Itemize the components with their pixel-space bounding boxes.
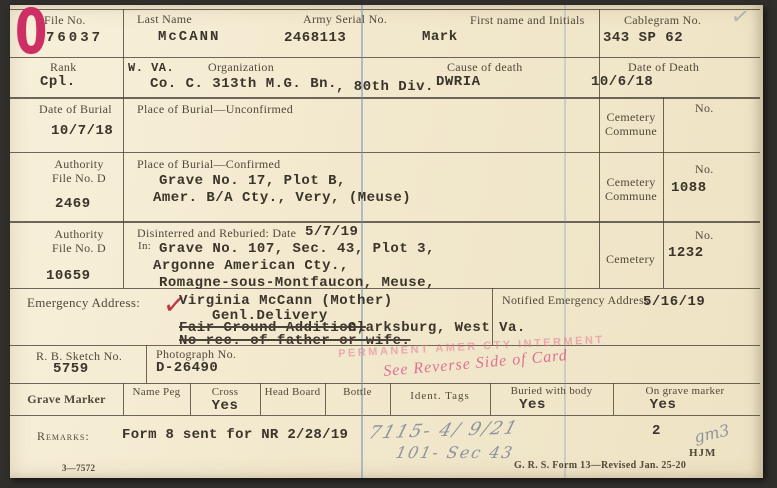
place-confirmed-line1: Grave No. 17, Plot B,	[159, 173, 346, 189]
red-zero-stamp: 0	[15, 2, 47, 62]
disinterred-date: 5/7/19	[305, 224, 358, 240]
grid-vline-left-col	[123, 9, 124, 288]
no-label-r3: No.	[695, 101, 714, 116]
organization-value: Co. C. 313th M.G. Bn.	[150, 76, 337, 92]
count-value: 2	[652, 423, 661, 439]
print-code: 3—7572	[62, 463, 95, 473]
grave-marker-label: Grave Marker	[10, 392, 123, 407]
cause-of-death-value: DWRIA	[436, 74, 481, 90]
place-unconfirmed-label: Place of Burial—Unconfirmed	[137, 102, 293, 117]
cemetery-commune-label-r4: Cemetery Commune	[601, 175, 661, 203]
authority-file-label-r4: Authority File No. D	[38, 157, 120, 185]
place-confirmed-label: Place of Burial—Confirmed	[137, 157, 280, 172]
photograph-value: D-26490	[156, 360, 218, 376]
clerk-initials: HJM	[689, 447, 716, 459]
cablegram-value: 343 SP 62	[603, 30, 683, 46]
organization-label: Organization	[208, 60, 274, 75]
state-value: W. VA.	[128, 61, 174, 75]
cross-header: Cross	[190, 386, 260, 398]
no-value-r5: 1232	[668, 245, 704, 261]
grid-vline-no-col	[663, 97, 664, 288]
date-of-death-value: 10/6/18	[591, 74, 653, 90]
screenshot-root: 0 ✓ File No. 76037 Last Name McCANN Army…	[0, 0, 777, 488]
on-grave-marker-value: Yes	[613, 397, 713, 413]
grid-vline-sketch	[146, 345, 147, 383]
reburied-line2: Argonne American Cty.,	[153, 258, 349, 274]
no-value-r4: 1088	[671, 180, 707, 196]
place-confirmed-line2: Amer. B/A Cty., Very, (Meuse)	[153, 190, 411, 206]
remarks-value: Form 8 sent for NR 2/28/19	[122, 427, 348, 443]
cemetery-commune-label-r3: Cemetery Commune	[601, 110, 661, 138]
file-no-label: File No.	[44, 13, 86, 28]
cablegram-label: Cablegram No.	[624, 13, 701, 28]
name-peg-header: Name Peg	[123, 386, 190, 398]
reburied-line1: Grave No. 107, Sec. 43, Plot 3,	[159, 241, 435, 257]
cemetery-label-r5: Cemetery	[606, 252, 655, 267]
handwritten-note-line2: 101- Sec 43	[394, 443, 516, 462]
no-label-r5: No.	[695, 228, 714, 243]
notified-emergency-label: Notified Emergency Address	[502, 293, 649, 308]
authority-file-label-r5: Authority File No. D	[38, 227, 120, 255]
rank-label: Rank	[50, 60, 77, 75]
bottle-header: Bottle	[325, 386, 390, 398]
first-name-value: Mark	[422, 29, 458, 45]
emergency-contact-name: Virginia McCann (Mother)	[179, 293, 393, 309]
authority-file-value-r5: 10659	[46, 268, 91, 284]
head-board-header: Head Board	[260, 386, 325, 398]
cause-of-death-label: Cause of death	[447, 60, 523, 75]
last-name-value: McCANN	[158, 29, 220, 45]
file-no-value: 76037	[46, 30, 103, 46]
notified-emergency-date: 5/16/19	[643, 294, 705, 310]
no-label-r4: No.	[695, 162, 714, 177]
reburied-line3: Romagne-sous-Montfaucon, Meuse,	[159, 275, 435, 291]
last-name-label: Last Name	[137, 12, 192, 27]
in-label: In:	[138, 240, 151, 252]
organization-value-2: , 80th Div.	[336, 79, 434, 95]
rb-sketch-value: 5759	[53, 361, 89, 377]
grid-vline-notified	[492, 288, 493, 345]
emergency-address-label: Emergency Address:	[27, 295, 140, 311]
buried-with-body-value: Yes	[490, 397, 575, 413]
cross-value: Yes	[190, 398, 260, 414]
army-serial-value: 2468113	[284, 30, 346, 46]
authority-file-value-r4: 2469	[55, 196, 91, 212]
first-name-label: First name and Initials	[470, 13, 585, 28]
buried-with-body-header: Buried with body	[490, 385, 613, 397]
rank-value: Cpl.	[40, 74, 76, 90]
date-of-burial-label: Date of Burial	[39, 102, 112, 117]
on-grave-marker-header: On grave marker	[613, 385, 757, 397]
disinterred-label: Disinterred and Reburied: Date	[137, 226, 296, 241]
ident-tags-header: Ident. Tags	[390, 390, 490, 402]
date-of-death-label: Date of Death	[628, 60, 699, 75]
grid-vline-right-col	[599, 9, 600, 288]
army-serial-label: Army Serial No.	[303, 12, 387, 27]
date-of-burial-value: 10/7/18	[51, 123, 113, 139]
grid-hline-r8	[10, 415, 760, 416]
remarks-label: Remarks:	[37, 429, 90, 444]
form-id: G. R. S. Form 13—Revised Jan. 25-20	[514, 460, 686, 471]
